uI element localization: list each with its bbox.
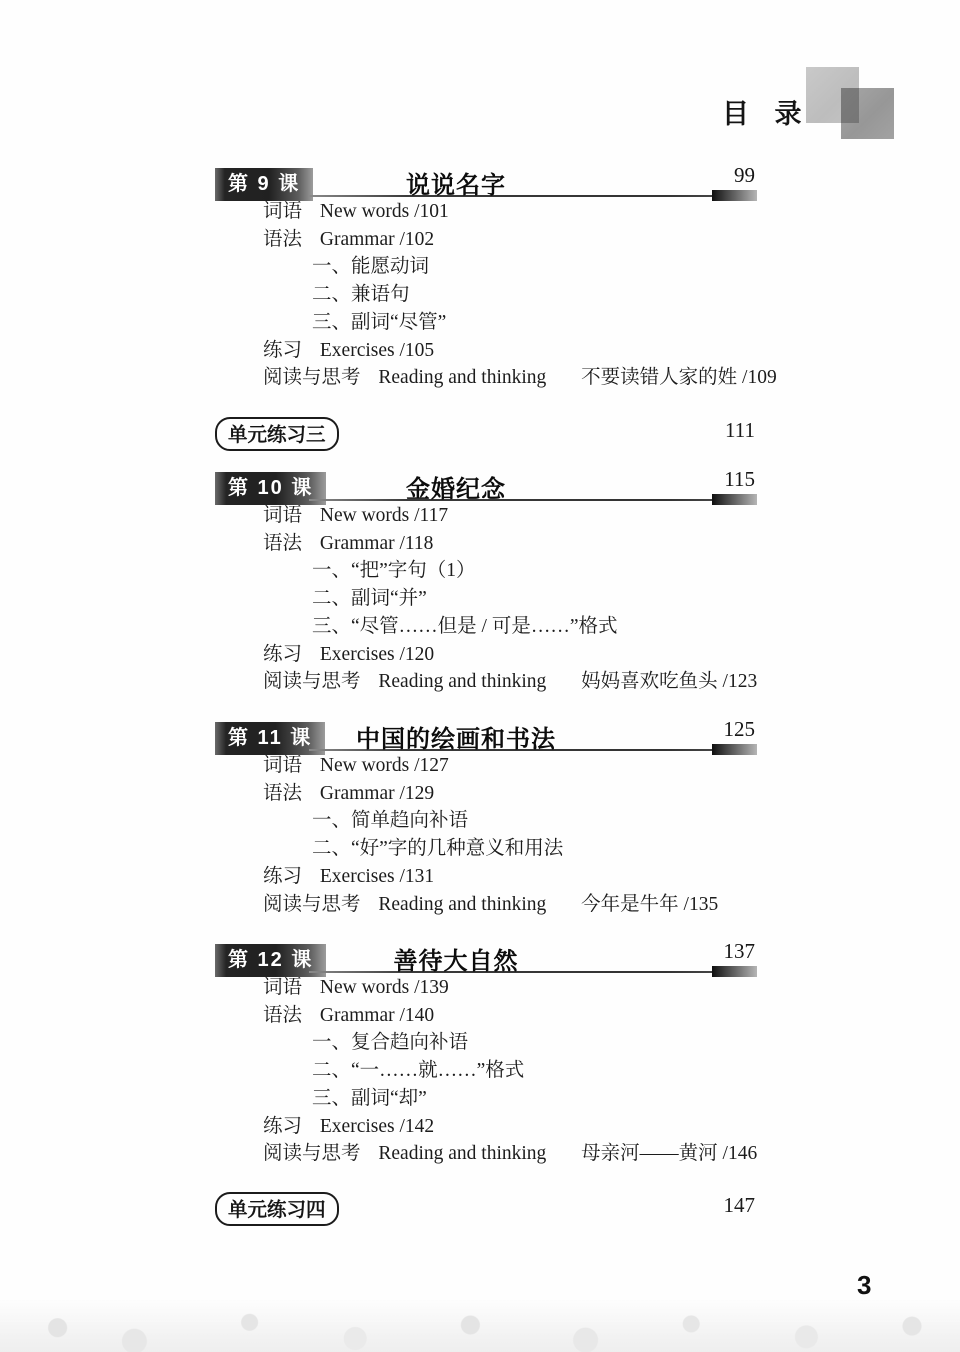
row-label: 阅读与思考 [263,894,361,915]
lesson-badge: 第 9 课 [215,168,313,201]
row-text: 三、副词“却” [312,1088,427,1109]
toc-row: 一、能愿动词 [215,253,757,281]
row-label: 语法 [263,1005,302,1026]
row-text: New words /139 [320,977,449,998]
toc-row: 语法 Grammar /118 [215,530,757,558]
row-text: Exercises /142 [320,1116,434,1137]
row-text: Exercises /120 [320,644,434,665]
lesson-rows: 词语 New words /101 语法 Grammar /102 一、能愿动词… [215,198,757,392]
row-text: New words /127 [320,755,449,776]
row-extra: 今年是牛年 /135 [581,894,718,915]
row-text: Grammar /140 [320,1005,434,1026]
header-rule-end [712,966,757,977]
row-label: 练习 [263,1116,302,1137]
lesson-header: 第 9 课 说说名字 99 [215,168,757,201]
row-text: 一、简单趋向补语 [312,810,468,831]
toc-row: 二、兼语句 [215,281,757,309]
row-text: 一、能愿动词 [312,256,429,277]
scan-noise-texture [0,1298,960,1352]
row-text: 一、复合趋向补语 [312,1032,468,1053]
lesson-header: 第 12 课 善待大自然 137 [215,944,757,977]
row-label: 词语 [263,755,302,776]
row-text: 二、“一……就……”格式 [312,1060,524,1081]
toc-row: 阅读与思考 Reading and thinking 妈妈喜欢吃鱼头 /123 [215,668,757,696]
row-text: New words /117 [320,505,448,526]
row-label: 阅读与思考 [263,1143,361,1164]
row-text: Exercises /131 [320,866,434,887]
lesson-section: 第 12 课 善待大自然 137 词语 New words /139 语法 Gr… [215,944,757,1168]
toc-row: 语法 Grammar /102 [215,226,757,254]
row-text: 二、副词“并” [312,588,427,609]
lesson-title: 金婚纪念 [305,469,607,504]
row-label: 阅读与思考 [263,367,361,388]
toc-row: 练习 Exercises /131 [215,863,757,891]
toc-row: 三、副词“尽管” [215,309,757,337]
row-text: Grammar /118 [320,533,434,554]
toc-row: 一、“把”字句（1） [215,557,757,585]
unit-exercise-pill: 单元练习三 [215,417,339,451]
toc-row: 词语 New words /139 [215,974,757,1002]
row-text: Reading and thinking [378,367,546,388]
unit-exercise-pill: 单元练习四 [215,1192,339,1226]
lesson-section: 第 9 课 说说名字 99 词语 New words /101 语法 Gramm… [215,168,757,392]
row-label: 练习 [263,644,302,665]
row-text: 一、“把”字句（1） [312,560,476,581]
toc-row: 阅读与思考 Reading and thinking 今年是牛年 /135 [215,891,757,919]
lesson-page-number: 99 [734,163,755,188]
row-label: 词语 [263,201,302,222]
lesson-section: 第 11 课 中国的绘画和书法 125 词语 New words /127 语法… [215,722,757,918]
toc-row: 一、复合趋向补语 [215,1029,757,1057]
toc-row: 三、“尽管……但是 / 可是……”格式 [215,613,757,641]
unit-page-number: 111 [725,418,755,443]
toc-row: 词语 New words /117 [215,502,757,530]
row-label: 练习 [263,340,302,361]
toc-row: 词语 New words /127 [215,752,757,780]
row-label: 阅读与思考 [263,671,361,692]
page-title: 目 录 [722,92,804,131]
row-text: Exercises /105 [320,340,434,361]
toc-row: 二、副词“并” [215,585,757,613]
lesson-page-number: 115 [724,467,755,492]
row-text: Grammar /102 [320,229,434,250]
row-text: New words /101 [320,201,449,222]
row-label: 语法 [263,783,302,804]
toc-row: 二、“好”字的几种意义和用法 [215,835,757,863]
lesson-header: 第 10 课 金婚纪念 115 [215,472,757,505]
row-text: 二、“好”字的几种意义和用法 [312,838,563,859]
header-rule-end [712,744,757,755]
toc-row: 三、副词“却” [215,1085,757,1113]
row-text: Reading and thinking [378,1143,546,1164]
row-text: Reading and thinking [378,671,546,692]
toc-row: 词语 New words /101 [215,198,757,226]
lesson-title: 中国的绘画和书法 [305,719,607,754]
lesson-page-number: 137 [724,939,756,964]
lesson-title: 善待大自然 [305,941,607,976]
row-text: 二、兼语句 [312,284,410,305]
toc-row: 练习 Exercises /105 [215,337,757,365]
header-rule-end [712,494,757,505]
toc-row: 阅读与思考 Reading and thinking 不要读错人家的姓 /109 [215,364,757,392]
toc-row: 语法 Grammar /129 [215,780,757,808]
row-label: 词语 [263,505,302,526]
row-extra: 妈妈喜欢吃鱼头 /123 [581,671,757,692]
lesson-title: 说说名字 [305,165,607,200]
row-text: Reading and thinking [378,894,546,915]
decor-square-dark [841,88,894,139]
row-extra: 不要读错人家的姓 /109 [581,367,777,388]
toc-page: 目 录 第 9 课 说说名字 99 词语 New words /101 语法 G… [0,0,960,1352]
unit-exercise-row: 单元练习四 147 [215,1192,757,1222]
row-label: 练习 [263,866,302,887]
row-text: 三、副词“尽管” [312,312,446,333]
row-label: 语法 [263,533,302,554]
row-label: 语法 [263,229,302,250]
header-rule-end [712,190,757,201]
toc-row: 一、简单趋向补语 [215,807,757,835]
toc-row: 练习 Exercises /142 [215,1113,757,1141]
lesson-rows: 词语 New words /127 语法 Grammar /129 一、简单趋向… [215,752,757,918]
lesson-section: 第 10 课 金婚纪念 115 词语 New words /117 语法 Gra… [215,472,757,696]
toc-row: 练习 Exercises /120 [215,641,757,669]
lesson-page-number: 125 [724,717,756,742]
page-number: 3 [857,1270,871,1301]
unit-exercise-row: 单元练习三 111 [215,417,757,447]
lesson-header: 第 11 课 中国的绘画和书法 125 [215,722,757,755]
toc-row: 语法 Grammar /140 [215,1002,757,1030]
lesson-rows: 词语 New words /139 语法 Grammar /140 一、复合趋向… [215,974,757,1168]
row-text: 三、“尽管……但是 / 可是……”格式 [312,616,617,637]
unit-page-number: 147 [724,1193,756,1218]
lesson-rows: 词语 New words /117 语法 Grammar /118 一、“把”字… [215,502,757,696]
row-text: Grammar /129 [320,783,434,804]
toc-row: 阅读与思考 Reading and thinking 母亲河——黄河 /146 [215,1140,757,1168]
row-label: 词语 [263,977,302,998]
row-extra: 母亲河——黄河 /146 [581,1143,757,1164]
toc-row: 二、“一……就……”格式 [215,1057,757,1085]
